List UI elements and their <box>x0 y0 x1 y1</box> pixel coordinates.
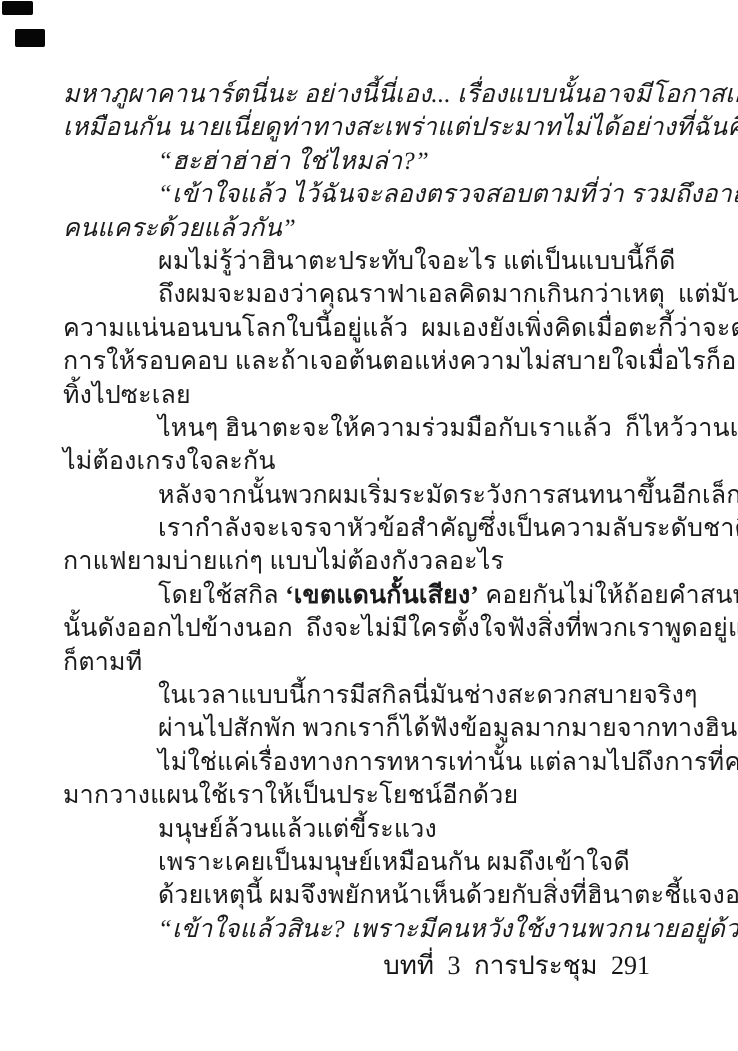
text-segment: การให้รอบคอบ และถ้าเจอต้นตอแห่งความไม่สบ… <box>63 348 738 375</box>
page-footer-chapter: บทที่ 3 การประชุม 291 <box>383 950 650 982</box>
text-line: “เข้าใจแล้ว ไว้ฉันจะลองตรวจสอบตามที่ว่า … <box>63 178 679 211</box>
text-line: ไม่ต้องเกรงใจละกัน <box>63 445 679 478</box>
scan-artifact <box>15 29 45 47</box>
text-segment: ไม่ต้องเกรงใจละกัน <box>63 448 276 475</box>
text-segment: เรากำลังจะเจรจาหัวข้อสำคัญซึ่งเป็นความลั… <box>158 515 738 542</box>
body-text: มหาภูผาคานาร์ตนี่นะ อย่างนี้นี่เอง... เร… <box>63 78 679 946</box>
text-line: โดยใช้สกิล ‘เขตแดนกั้นเสียง’ คอยกันไม่ให… <box>63 579 679 612</box>
text-line: ไหนๆ ฮินาตะจะให้ความร่วมมือกับเราแล้ว ก็… <box>63 412 679 445</box>
text-line: ทิ้งไปซะเลย <box>63 379 679 412</box>
text-line: มนุษย์ล้วนแล้วแต่ขี้ระแวง <box>63 813 679 846</box>
text-segment: ทิ้งไปซะเลย <box>63 382 191 409</box>
book-page: มหาภูผาคานาร์ตนี่นะ อย่างนี้นี่เอง... เร… <box>0 0 738 1051</box>
text-line: ไม่ใช่แค่เรื่องทางการทหารเท่านั้น แต่ลาม… <box>63 746 679 779</box>
text-segment: ผ่านไปสักพัก พวกเราก็ได้ฟังข้อมูลมากมายจ… <box>158 715 738 742</box>
text-line: กาแฟยามบ่ายแก่ๆ แบบไม่ต้องกังวลอะไร <box>63 545 679 578</box>
text-segment: คนแคระด้วยแล้วกัน” <box>63 215 296 242</box>
text-line: นั้นดังออกไปข้างนอก ถึงจะไม่มีใครตั้งใจฟ… <box>63 612 679 645</box>
text-line: คนแคระด้วยแล้วกัน” <box>63 212 679 245</box>
skill-name-bold: ‘เขตแดนกั้นเสียง’ <box>285 582 479 609</box>
text-line: หลังจากนั้นพวกผมเริ่มระมัดระวังการสนทนาข… <box>63 479 679 512</box>
text-segment: หลังจากนั้นพวกผมเริ่มระมัดระวังการสนทนาข… <box>158 482 738 509</box>
text-line: ผ่านไปสักพัก พวกเราก็ได้ฟังข้อมูลมากมายจ… <box>63 712 679 745</box>
scan-artifact <box>2 1 33 15</box>
text-segment: ไหนๆ ฮินาตะจะให้ความร่วมมือกับเราแล้ว ก็… <box>158 415 738 442</box>
text-segment: ผมไม่รู้ว่าฮินาตะประทับใจอะไร แต่เป็นแบบ… <box>158 248 676 275</box>
text-segment: กาแฟยามบ่ายแก่ๆ แบบไม่ต้องกังวลอะไร <box>63 548 504 575</box>
text-segment: โดยใช้สกิล <box>158 582 285 609</box>
text-segment: คอยกันไม่ให้ถ้อยคำสนทนา <box>479 582 738 609</box>
text-line: มากวางแผนใช้เราให้เป็นประโยชน์อีกด้วย <box>63 779 679 812</box>
text-line: ด้วยเหตุนี้ ผมจึงพยักหน้าเห็นด้วยกับสิ่ง… <box>63 879 679 912</box>
text-segment: นั้นดังออกไปข้างนอก ถึงจะไม่มีใครตั้งใจฟ… <box>63 615 738 642</box>
text-segment: เพราะเคยเป็นมนุษย์เหมือนกัน ผมถึงเข้าใจด… <box>158 849 630 876</box>
text-segment: มากวางแผนใช้เราให้เป็นประโยชน์อีกด้วย <box>63 782 518 809</box>
text-segment: “ฮะฮ่าฮ่าฮ่า ใช่ไหมล่า?” <box>158 148 429 175</box>
text-line: มหาภูผาคานาร์ตนี่นะ อย่างนี้นี่เอง... เร… <box>63 78 679 111</box>
text-segment: “เข้าใจแล้ว ไว้ฉันจะลองตรวจสอบตามที่ว่า … <box>158 181 738 208</box>
text-line: เพราะเคยเป็นมนุษย์เหมือนกัน ผมถึงเข้าใจด… <box>63 846 679 879</box>
text-line: เรากำลังจะเจรจาหัวข้อสำคัญซึ่งเป็นความลั… <box>63 512 679 545</box>
text-segment: “เข้าใจแล้วสินะ? เพราะมีคนหวังใช้งานพวกน… <box>158 916 738 943</box>
text-line: ความแน่นอนบนโลกใบนี้อยู่แล้ว ผมเองยังเพิ… <box>63 312 679 345</box>
text-line: “ฮะฮ่าฮ่าฮ่า ใช่ไหมล่า?” <box>63 145 679 178</box>
text-segment: มหาภูผาคานาร์ตนี่นะ อย่างนี้นี่เอง... เร… <box>63 81 738 108</box>
text-line: “เข้าใจแล้วสินะ? เพราะมีคนหวังใช้งานพวกน… <box>63 913 679 946</box>
text-segment: ด้วยเหตุนี้ ผมจึงพยักหน้าเห็นด้วยกับสิ่ง… <box>158 882 738 909</box>
text-segment: ถึงผมจะมองว่าคุณราฟาเอลคิดมากเกินกว่าเหต… <box>158 281 738 308</box>
text-segment: มนุษย์ล้วนแล้วแต่ขี้ระแวง <box>158 816 437 843</box>
text-line: ถึงผมจะมองว่าคุณราฟาเอลคิดมากเกินกว่าเหต… <box>63 278 679 311</box>
text-line: เหมือนกัน นายเนี่ยดูท่าทางสะเพร่าแต่ประม… <box>63 111 679 144</box>
text-segment: ก็ตามที <box>63 649 142 676</box>
text-line: ในเวลาแบบนี้การมีสกิลนี่มันช่างสะดวกสบาย… <box>63 679 679 712</box>
text-segment: ไม่ใช่แค่เรื่องทางการทหารเท่านั้น แต่ลาม… <box>158 749 738 776</box>
text-line: การให้รอบคอบ และถ้าเจอต้นตอแห่งความไม่สบ… <box>63 345 679 378</box>
text-line: ผมไม่รู้ว่าฮินาตะประทับใจอะไร แต่เป็นแบบ… <box>63 245 679 278</box>
text-segment: เหมือนกัน นายเนี่ยดูท่าทางสะเพร่าแต่ประม… <box>63 114 738 141</box>
text-line: ก็ตามที <box>63 646 679 679</box>
text-segment: ความแน่นอนบนโลกใบนี้อยู่แล้ว ผมเองยังเพิ… <box>63 315 738 342</box>
text-segment: ในเวลาแบบนี้การมีสกิลนี่มันช่างสะดวกสบาย… <box>158 682 698 709</box>
